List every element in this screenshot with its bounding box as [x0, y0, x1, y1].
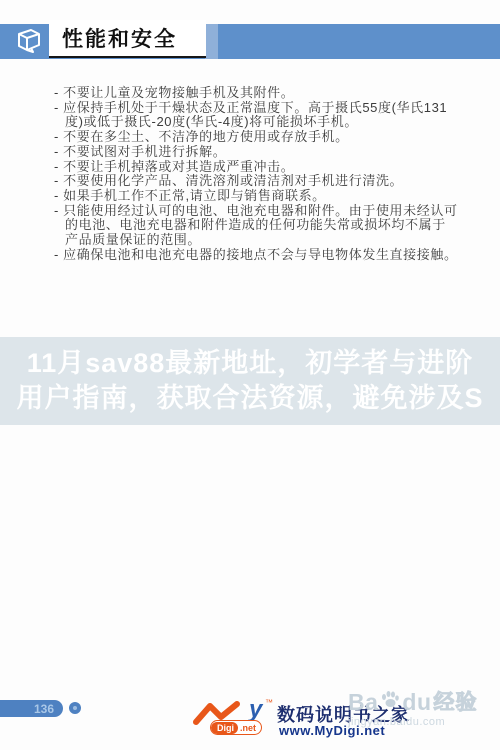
banner-line-2: 用户指南，获取合法资源，避免涉及S: [16, 381, 483, 416]
baidu-paw-icon: [380, 690, 400, 708]
list-item: 如果手机工作不正常,请立即与销售商联系。: [54, 189, 458, 204]
watermark-url: jingyan.baidu.com: [348, 716, 498, 728]
baidu-jingyan-watermark: Ba du 经验 jingyan.baidu.com: [348, 686, 498, 728]
list-item: 应保持手机处于干燥状态及正常温度下。高于摄氏55度(华氏131度)或低于摄氏-2…: [54, 101, 458, 130]
book-icon: [11, 27, 45, 56]
trademark-symbol: ™: [265, 698, 273, 707]
badge-digi-label: Digi: [211, 722, 238, 734]
list-item: 应确保电池和电池充电器的接地点不会与导电物体发生直接接触。: [54, 248, 458, 263]
list-item: 只能使用经过认可的电池、电池充电器和附件。由于使用未经认可的电池、电池充电器和附…: [54, 204, 458, 248]
section-title-box: 性能和安全: [49, 20, 206, 58]
manual-page: 性能和安全 不要让儿童及宠物接触手机及其附件。 应保持手机处于干燥状态及正常温度…: [0, 0, 500, 750]
list-item: 不要让手机掉落或对其造成严重冲击。: [54, 160, 458, 175]
banner-line-1: 11月sav88最新地址，初学者与进阶: [27, 346, 474, 381]
digi-net-badge: Digi .net: [210, 720, 262, 735]
watermark-brand-row: Ba du 经验: [348, 686, 498, 716]
page-number-dot: [69, 702, 81, 714]
safety-instruction-list: 不要让儿童及宠物接触手机及其附件。 应保持手机处于干燥状态及正常温度下。高于摄氏…: [54, 86, 458, 262]
list-item: 不要让儿童及宠物接触手机及其附件。: [54, 86, 458, 101]
list-item: 不要试图对手机进行拆解。: [54, 145, 458, 160]
page-number: 136: [34, 702, 54, 716]
watermark-brand-right: du: [402, 689, 431, 716]
watermark-brand-cn: 经验: [434, 686, 478, 716]
header-accent-band: [205, 24, 218, 59]
section-header-bar: 性能和安全: [0, 24, 500, 59]
list-item: 不要在多尘土、不洁净的地方使用或存放手机。: [54, 130, 458, 145]
page-number-pill: 136: [0, 700, 63, 717]
overlay-text-banner: 11月sav88最新地址，初学者与进阶 用户指南，获取合法资源，避免涉及S: [0, 337, 500, 425]
badge-net-label: .net: [238, 723, 261, 733]
list-item: 不要使用化学产品、清洗溶剂或清洁剂对手机进行清洗。: [54, 174, 458, 189]
page-title: 性能和安全: [49, 23, 177, 53]
watermark-brand-left: Ba: [348, 689, 378, 716]
